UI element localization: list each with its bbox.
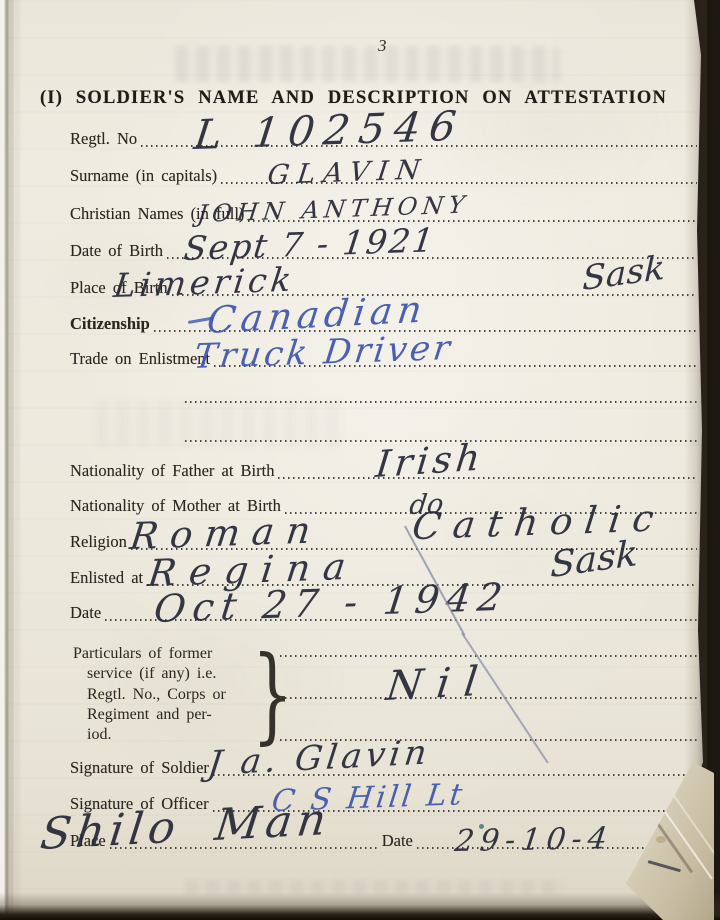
pen-mark-on-fold xyxy=(648,860,681,872)
field-label: Enlisted at xyxy=(70,568,143,588)
field-label: Religion xyxy=(70,532,127,552)
field-label: Signature of Soldier xyxy=(70,758,209,778)
page-number: 3 xyxy=(378,36,387,56)
blank-dotted-line xyxy=(185,401,697,403)
field-label: Date xyxy=(382,831,413,851)
handwriting-date-of-birth: Sept 7 - 1921 xyxy=(182,223,437,265)
handwriting-date-signed: 29-10-4 xyxy=(453,824,615,857)
handwriting-surname: GLAVIN xyxy=(266,156,430,189)
scanned-service-book-page: 3 (I) SOLDIER'S NAME AND DESCRIPTION ON … xyxy=(0,0,720,920)
field-label: Nationality of Father at Birth xyxy=(70,461,274,481)
field-label: Regtl. No xyxy=(70,129,137,149)
handwriting-regtl-no: L 102546 xyxy=(192,106,467,156)
bleedthrough-mark xyxy=(175,46,560,82)
handwriting-particulars: Nil xyxy=(384,661,494,707)
dotted-line xyxy=(278,476,697,479)
stain-speck xyxy=(656,836,666,843)
field-label: Date xyxy=(70,603,101,623)
field-label: Surname (in capitals) xyxy=(70,166,217,186)
handwriting-place-of-birth-province: Sask xyxy=(582,251,665,296)
handwriting-nationality-father: Irish xyxy=(374,439,486,483)
page-bottom-shadow xyxy=(0,892,720,920)
ink-speck xyxy=(479,824,484,829)
field-label: Date of Birth xyxy=(70,241,163,261)
handwriting-trade: Truck Driver xyxy=(192,331,455,374)
field-label: Trade on Enlistment xyxy=(70,349,210,369)
paper-page: 3 (I) SOLDIER'S NAME AND DESCRIPTION ON … xyxy=(0,0,707,920)
binding-crease xyxy=(0,0,22,920)
field-particulars-label: Particulars of former service (if any) i… xyxy=(73,644,273,745)
field-label: Citizenship xyxy=(70,314,150,334)
brace-glyph: } xyxy=(252,642,293,746)
